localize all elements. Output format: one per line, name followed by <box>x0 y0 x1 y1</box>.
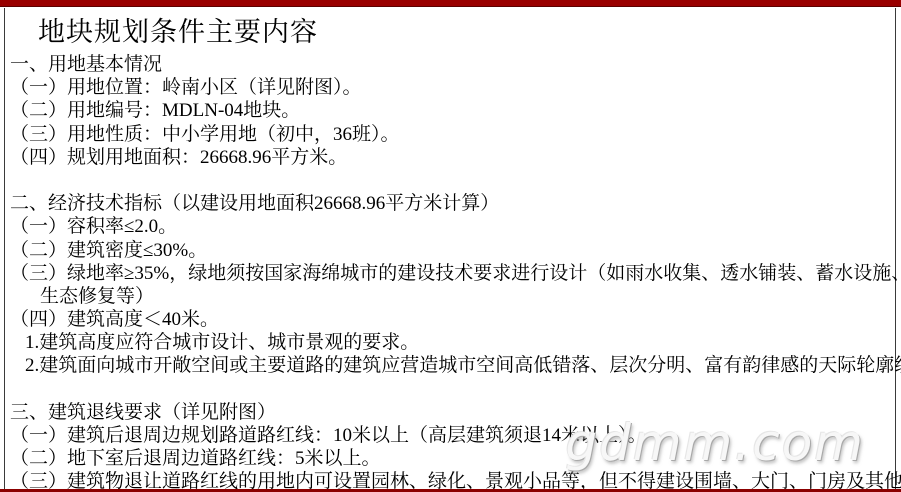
text-line: （四）规划用地面积：26668.96平方米。 <box>10 146 893 169</box>
body-text-block: 一、用地基本情况 （一）用地位置：岭南小区（详见附图）。 （二）用地编号：MDL… <box>10 53 893 492</box>
text-line-continuation: 生态修复等） <box>10 285 893 308</box>
page-title: 地块规划条件主要内容 <box>38 10 318 49</box>
text-line-sub: 1.建筑高度应符合城市设计、城市景观的要求。 <box>10 331 893 354</box>
text-line: （四）建筑高度＜40米。 <box>10 308 893 331</box>
text-line: （二）用地编号：MDLN-04地块。 <box>10 99 893 122</box>
slide-page: 地块规划条件主要内容 一、用地基本情况 （一）用地位置：岭南小区（详见附图）。 … <box>0 0 901 492</box>
left-border-line <box>4 8 5 492</box>
text-line: （二）地下室后退周边道路红线：5米以上。 <box>10 447 893 470</box>
blank-line <box>10 378 893 401</box>
text-line: （一）容积率≤2.0。 <box>10 215 893 238</box>
top-red-bar <box>0 0 901 7</box>
text-line: （二）建筑密度≤30%。 <box>10 239 893 262</box>
text-line: （三）绿地率≥35%，绿地须按国家海绵城市的建设技术要求进行设计（如雨水收集、透… <box>10 262 893 285</box>
text-line-sub: 2.建筑面向城市开敞空间或主要道路的建筑应营造城市空间高低错落、层次分明、富有韵… <box>10 354 893 377</box>
section-heading: 三、建筑退线要求（详见附图） <box>10 401 893 424</box>
text-line: （一）建筑后退周边规划路道路红线：10米以上（高层建筑须退14米以上）。 <box>10 424 893 447</box>
text-line: （一）用地位置：岭南小区（详见附图）。 <box>10 76 893 99</box>
blank-line <box>10 169 893 192</box>
section-heading: 一、用地基本情况 <box>10 53 893 76</box>
text-line: （三）用地性质：中小学用地（初中，36班）。 <box>10 123 893 146</box>
section-heading: 二、经济技术指标（以建设用地面积26668.96平方米计算） <box>10 192 893 215</box>
right-border-line <box>895 8 896 492</box>
